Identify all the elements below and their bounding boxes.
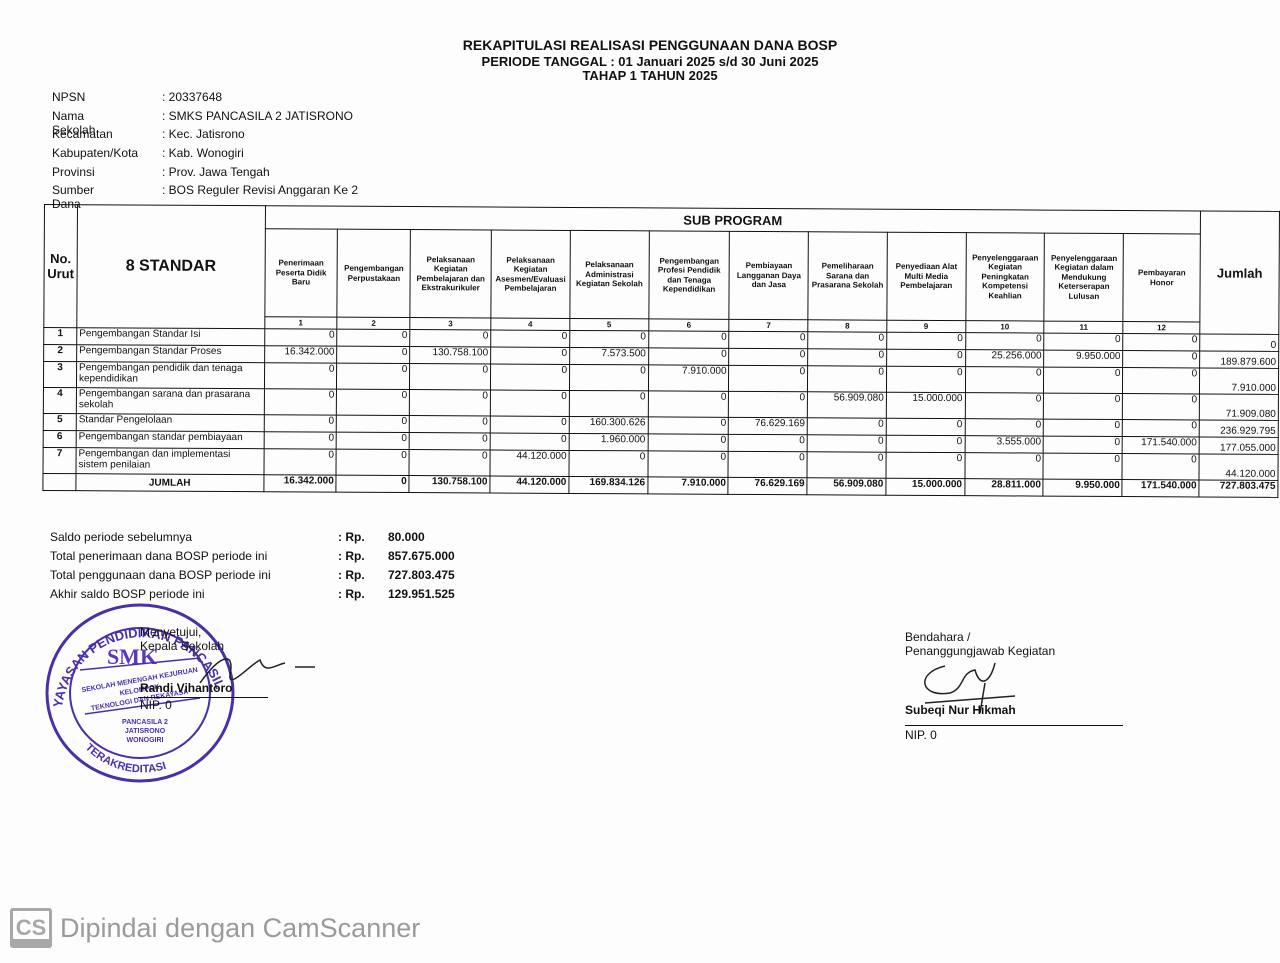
cell-value: 0	[264, 432, 337, 449]
summary-amount: 129.951.525	[388, 587, 455, 601]
row-number: 4	[43, 387, 76, 413]
info-value: : Prov. Jawa Tengah	[162, 165, 270, 179]
column-total: 44.120.000	[490, 476, 569, 493]
approval-label: Menyetujui,	[140, 625, 320, 639]
cell-value: 0	[1123, 368, 1200, 394]
cell-value: 0	[965, 333, 1044, 350]
cell-value: 15.000.000	[886, 392, 965, 418]
column-header: Pelaksanaan Kegiatan Asesmen/Evaluasi Pe…	[491, 230, 570, 318]
cell-value: 0	[886, 366, 965, 392]
row-total: 0	[1200, 334, 1279, 351]
cell-value: 0	[886, 452, 965, 478]
cell-value: 0	[886, 349, 965, 366]
row-number: 3	[43, 362, 76, 388]
column-total: 7.910.000	[648, 477, 729, 494]
camscanner-watermark: CS Dipindai dengan CamScanner	[10, 908, 420, 948]
cell-value: 0	[491, 330, 570, 347]
column-header: Pembiayaan Langganan Daya dan Jasa	[729, 231, 808, 319]
cell-value: 0	[264, 389, 337, 415]
cell-value: 0	[336, 432, 409, 449]
cell-value: 0	[490, 416, 569, 433]
cell-value: 0	[729, 365, 808, 391]
cell-value: 0	[264, 415, 337, 432]
summary-label: Saldo periode sebelumnya	[50, 530, 192, 544]
principal-name: Randi Vihantoro	[140, 681, 320, 695]
info-value: : Kec. Jatisrono	[162, 127, 245, 141]
cell-value: 0	[729, 348, 808, 365]
total-label: JUMLAH	[76, 474, 264, 492]
cell-value: 0	[1123, 420, 1200, 437]
total-header: Jumlah	[1200, 211, 1280, 334]
column-number: 9	[887, 320, 966, 332]
cell-value: 0	[807, 435, 886, 452]
cell-value: 0	[1123, 394, 1200, 420]
cell-value: 0	[490, 364, 569, 390]
cell-value: 0	[887, 332, 966, 349]
cell-value: 0	[570, 330, 649, 347]
report-period: PERIODE TANGGAL : 01 Januari 2025 s/d 30…	[0, 54, 1280, 69]
row-number: 1	[44, 328, 77, 345]
cell-value: 0	[491, 347, 570, 364]
row-number: 6	[43, 430, 76, 447]
cell-value: 0	[648, 331, 729, 348]
cell-value: 0	[965, 393, 1044, 419]
cell-value: 9.950.000	[1044, 350, 1123, 367]
column-header: Penyediaan Alat Multi Media Pembelajaran	[887, 232, 966, 320]
cell-value: 0	[1044, 419, 1123, 436]
column-number: 2	[337, 317, 410, 329]
camscanner-text: Dipindai dengan CamScanner	[60, 913, 420, 944]
summary-amount: 727.803.475	[388, 568, 455, 582]
cell-value: 0	[807, 452, 886, 478]
cell-value: 3.555.000	[965, 436, 1044, 453]
cell-value: 0	[410, 330, 491, 347]
info-label: Kecamatan	[52, 127, 113, 141]
cell-value: 0	[1044, 367, 1123, 393]
column-header: Pengembangan Perpustakaan	[337, 229, 410, 317]
row-number: 2	[44, 345, 77, 362]
row-total: 236.929.795	[1199, 420, 1278, 437]
realization-table: No. Urut 8 STANDAR SUB PROGRAM Jumlah Pe…	[42, 204, 1280, 498]
cell-value: 0	[264, 363, 337, 389]
signature-treasurer: Bendahara / Penanggungjawab Kegiatan Sub…	[905, 630, 1123, 742]
info-value: : 20337648	[162, 90, 222, 104]
currency: : Rp.	[338, 530, 365, 544]
currency: : Rp.	[338, 568, 365, 582]
cell-value: 0	[410, 364, 491, 390]
treasurer-label: Bendahara /	[905, 630, 1123, 644]
cell-value: 0	[648, 417, 729, 434]
row-total: 71.909.080	[1199, 394, 1278, 420]
row-total: 7.910.000	[1200, 368, 1279, 394]
currency: : Rp.	[338, 549, 365, 563]
cell-value: 160.300.626	[569, 416, 648, 433]
cell-value: 0	[729, 391, 808, 417]
currency: : Rp.	[338, 587, 365, 601]
cell-value: 7.910.000	[648, 365, 729, 391]
info-label: NPSN	[52, 90, 85, 104]
cell-value: 0	[886, 418, 965, 435]
column-header: Pembayaran Honor	[1123, 234, 1200, 322]
cell-value: 0	[1123, 334, 1200, 351]
standard-name: Standar Pengelolaan	[76, 414, 264, 432]
cell-value: 0	[490, 433, 569, 450]
summary-label: Total penggunaan dana BOSP periode ini	[50, 568, 271, 582]
standard-header: 8 STANDAR	[77, 205, 265, 329]
signature-principal: Menyetujui, Kepala Sekolah Randi Vihanto…	[140, 625, 320, 712]
report-title: REKAPITULASI REALISASI PENGGUNAAN DANA B…	[0, 37, 1280, 53]
cell-value: 25.256.000	[965, 350, 1044, 367]
column-number: 11	[1044, 321, 1123, 333]
cell-value: 130.758.100	[410, 347, 491, 364]
standard-name: Pengembangan dan implementasi sistem pen…	[76, 448, 264, 475]
column-header: Pelaksanaan Kegiatan Pembelajaran dan Ek…	[410, 230, 491, 318]
cell-value: 44.120.000	[490, 450, 569, 476]
cell-value: 0	[409, 450, 490, 476]
cell-value: 0	[490, 390, 569, 416]
cell-value: 0	[1123, 351, 1200, 368]
cell-value: 7.573.500	[570, 347, 649, 364]
treasurer-nip: NIP. 0	[905, 728, 1123, 742]
cell-value: 0	[569, 364, 648, 390]
standard-name: Pengembangan pendidik dan tenaga kependi…	[76, 362, 264, 389]
cell-value: 0	[337, 363, 410, 389]
column-header: Penyelenggaraan Kegiatan dalam Mendukung…	[1044, 233, 1123, 321]
cell-value: 0	[337, 329, 410, 346]
cell-value: 0	[886, 435, 965, 452]
column-header: Penyelenggaraan Kegiatan Peningkatan Kom…	[965, 233, 1044, 321]
cell-value: 0	[1044, 436, 1123, 453]
cell-value: 0	[569, 450, 648, 476]
svg-text:JATISRONO: JATISRONO	[125, 728, 166, 735]
info-label: Provinsi	[52, 165, 95, 179]
cell-value: 0	[965, 453, 1044, 479]
report-stage: TAHAP 1 TAHUN 2025	[0, 68, 1280, 83]
principal-nip: NIP. 0	[140, 698, 320, 712]
summary-amount: 857.675.000	[388, 549, 455, 563]
column-total: 9.950.000	[1043, 479, 1122, 496]
cell-value: 0	[264, 449, 337, 475]
info-value: : Kab. Wonogiri	[162, 146, 244, 160]
row-number: 5	[43, 413, 76, 430]
row-number: 7	[43, 447, 76, 473]
column-number: 5	[570, 318, 649, 330]
cell-value: 0	[337, 415, 410, 432]
column-number: 4	[491, 318, 570, 330]
cell-value: 0	[409, 416, 490, 433]
column-number: 1	[264, 317, 337, 329]
cell-value: 0	[1044, 333, 1123, 350]
cell-value: 16.342.000	[264, 346, 337, 363]
cell-value: 0	[336, 449, 409, 475]
column-number: 10	[965, 321, 1044, 333]
column-number: 8	[808, 320, 887, 332]
standard-name: Pengembangan Standar Proses	[77, 345, 265, 363]
column-total: 28.811.000	[964, 479, 1043, 496]
cell-value: 1.960.000	[569, 433, 648, 450]
cell-value: 0	[1122, 454, 1199, 480]
cell-value: 0	[807, 418, 886, 435]
info-label: Kabupaten/Kota	[52, 146, 138, 160]
column-total: 130.758.100	[409, 476, 490, 493]
cell-value: 0	[1044, 393, 1123, 419]
info-value: : BOS Reguler Revisi Anggaran Ke 2	[162, 183, 358, 197]
cell-value: 171.540.000	[1122, 437, 1199, 454]
cell-value: 0	[965, 367, 1044, 393]
standard-name: Pengembangan standar pembiayaan	[76, 431, 264, 449]
cell-value: 0	[337, 389, 410, 415]
info-value: : SMKS PANCASILA 2 JATISRONO	[162, 109, 353, 123]
column-number: 12	[1123, 322, 1200, 334]
summary-amount: 80.000	[388, 530, 425, 544]
treasurer-title: Penanggungjawab Kegiatan	[905, 644, 1123, 658]
standard-name: Pengembangan sarana dan prasarana sekola…	[76, 388, 264, 415]
cell-value: 0	[728, 451, 807, 477]
summary-label: Total penerimaan dana BOSP periode ini	[50, 549, 267, 563]
svg-text:WONOGIRI: WONOGIRI	[127, 737, 164, 744]
camscanner-logo-icon: CS	[10, 908, 52, 948]
column-total: 171.540.000	[1122, 480, 1199, 497]
cell-value: 0	[729, 331, 808, 348]
cell-value: 0	[648, 348, 729, 365]
row-total: 177.055.000	[1199, 437, 1278, 454]
cell-value: 0	[808, 332, 887, 349]
column-total: 76.629.169	[728, 477, 807, 494]
column-total: 56.909.080	[807, 478, 886, 495]
cell-value: 0	[337, 346, 410, 363]
column-number: 7	[729, 319, 808, 331]
no-header: No. Urut	[44, 205, 78, 328]
column-total: 15.000.000	[886, 478, 965, 495]
column-number: 6	[648, 319, 729, 331]
cell-value: 0	[648, 434, 729, 451]
svg-text:PANCASILA 2: PANCASILA 2	[122, 719, 168, 726]
column-total: 0	[336, 475, 409, 492]
column-total: 16.342.000	[263, 475, 336, 492]
cell-value: 0	[409, 433, 490, 450]
cell-value: 0	[965, 419, 1044, 436]
column-header: Penerimaan Peserta Didik Baru	[264, 229, 337, 317]
cell-value: 0	[264, 329, 337, 346]
cell-value: 0	[808, 366, 887, 392]
cell-value: 56.909.080	[807, 392, 886, 418]
cell-value: 0	[808, 349, 887, 366]
cell-value: 0	[729, 434, 808, 451]
standard-name: Pengembangan Standar Isi	[77, 328, 265, 346]
cell-value: 0	[410, 390, 491, 416]
cell-value: 76.629.169	[729, 417, 808, 434]
grand-total: 727.803.475	[1199, 480, 1278, 497]
cell-value: 0	[569, 390, 648, 416]
column-header: Pelaksanaan Administrasi Kegiatan Sekola…	[570, 230, 649, 318]
column-header: Pemeliharaan Sarana dan Prasarana Sekola…	[808, 232, 887, 320]
cell-value: 0	[1043, 453, 1122, 479]
column-total: 169.834.126	[569, 476, 648, 493]
column-header: Pengembangan Profesi Pendidik dan Tenaga…	[649, 231, 730, 319]
row-total: 44.120.000	[1199, 454, 1278, 480]
row-total: 189.879.600	[1200, 351, 1279, 368]
treasurer-name: Subeqi Nur Hikmah	[905, 703, 1123, 717]
cell-value: 0	[648, 451, 729, 477]
column-number: 3	[410, 318, 491, 330]
cell-value: 0	[648, 391, 729, 417]
